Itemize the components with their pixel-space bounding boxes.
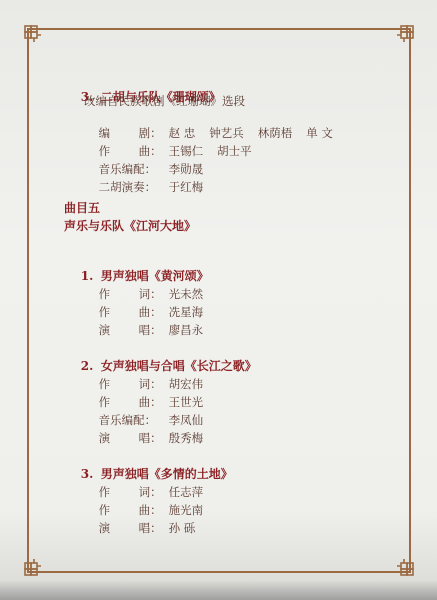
- program-heading: 曲目五: [64, 201, 100, 215]
- credit-name: 廖昌永: [169, 323, 204, 337]
- credit-name: 于红梅: [169, 180, 204, 194]
- credit-label: 演唱：: [99, 521, 169, 535]
- program-page: 3.二胡与乐队《珊瑚颂》 改编自民族歌剧《红珊瑚》选段 编剧：赵 忠钟艺兵林荫梧…: [0, 0, 437, 600]
- credit-label: 二胡演奏：: [99, 180, 169, 194]
- credit-name: 殷秀梅: [169, 431, 204, 445]
- credit-name: 孙 砾: [169, 521, 196, 535]
- credit-row: 二胡演奏：于红梅: [84, 166, 223, 208]
- credit-label: 演唱：: [99, 323, 169, 337]
- credit-label: 演唱：: [99, 431, 169, 445]
- credit-row: 演唱：孙 砾: [84, 507, 195, 549]
- program-title: 声乐与乐队《江河大地》: [64, 219, 196, 233]
- piece-subtitle: 改编自民族歌剧《红珊瑚》选段: [84, 94, 245, 108]
- credit-name: 单 文: [306, 126, 333, 140]
